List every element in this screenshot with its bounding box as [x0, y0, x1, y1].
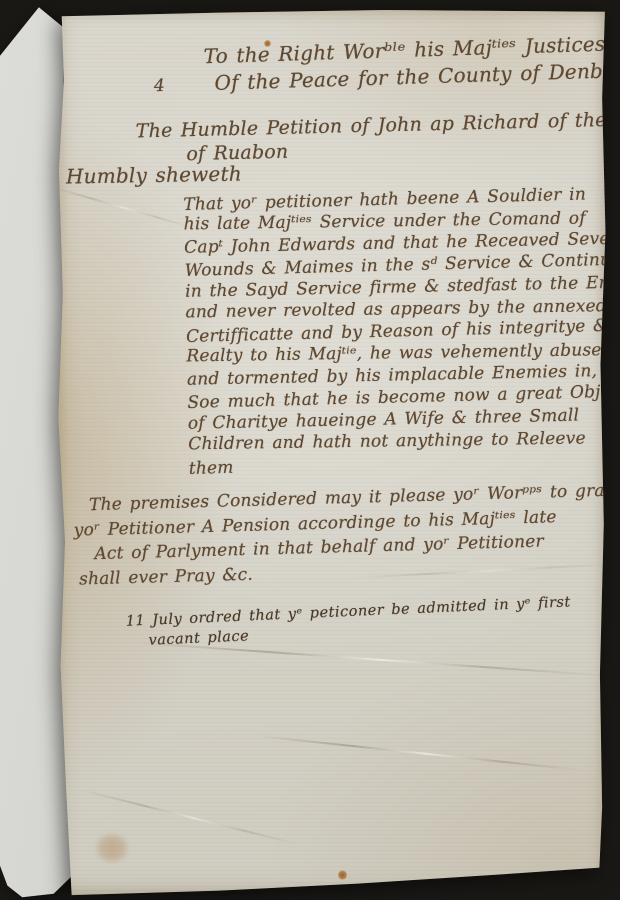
petition-page: 4 To the Right Worᵇˡᵉ his Majᵗⁱᵉˢ Justic…	[54, 10, 606, 896]
paper-crease	[49, 185, 194, 228]
salutation: Humbly sheweth	[66, 161, 242, 188]
petition-body: That yoʳ petitioner hath beene A Souldie…	[183, 183, 620, 478]
ink-spot	[264, 40, 271, 47]
paper-crease	[135, 642, 604, 677]
clerk-annotation: 11 July ordred that yᵉ peticoner be admi…	[125, 592, 572, 651]
rust-stain	[338, 870, 347, 880]
petition-prayer: The premises Considered may it please yo…	[73, 478, 620, 591]
manuscript-scan: 4 To the Right Worᵇˡᵉ his Majᵗⁱᵉˢ Justic…	[0, 0, 620, 900]
address-heading: To the Right Worᵇˡᵉ his Majᵗⁱᵉˢ Justices…	[203, 29, 620, 97]
petition-title: The Humble Petition of John ap Richard o…	[135, 107, 620, 168]
faint-stain	[94, 835, 130, 861]
folio-number: 4	[154, 76, 166, 96]
petition-page-wrap: 4 To the Right Worᵇˡᵉ his Majᵗⁱᵉˢ Justic…	[54, 10, 606, 896]
paper-crease	[255, 735, 583, 771]
